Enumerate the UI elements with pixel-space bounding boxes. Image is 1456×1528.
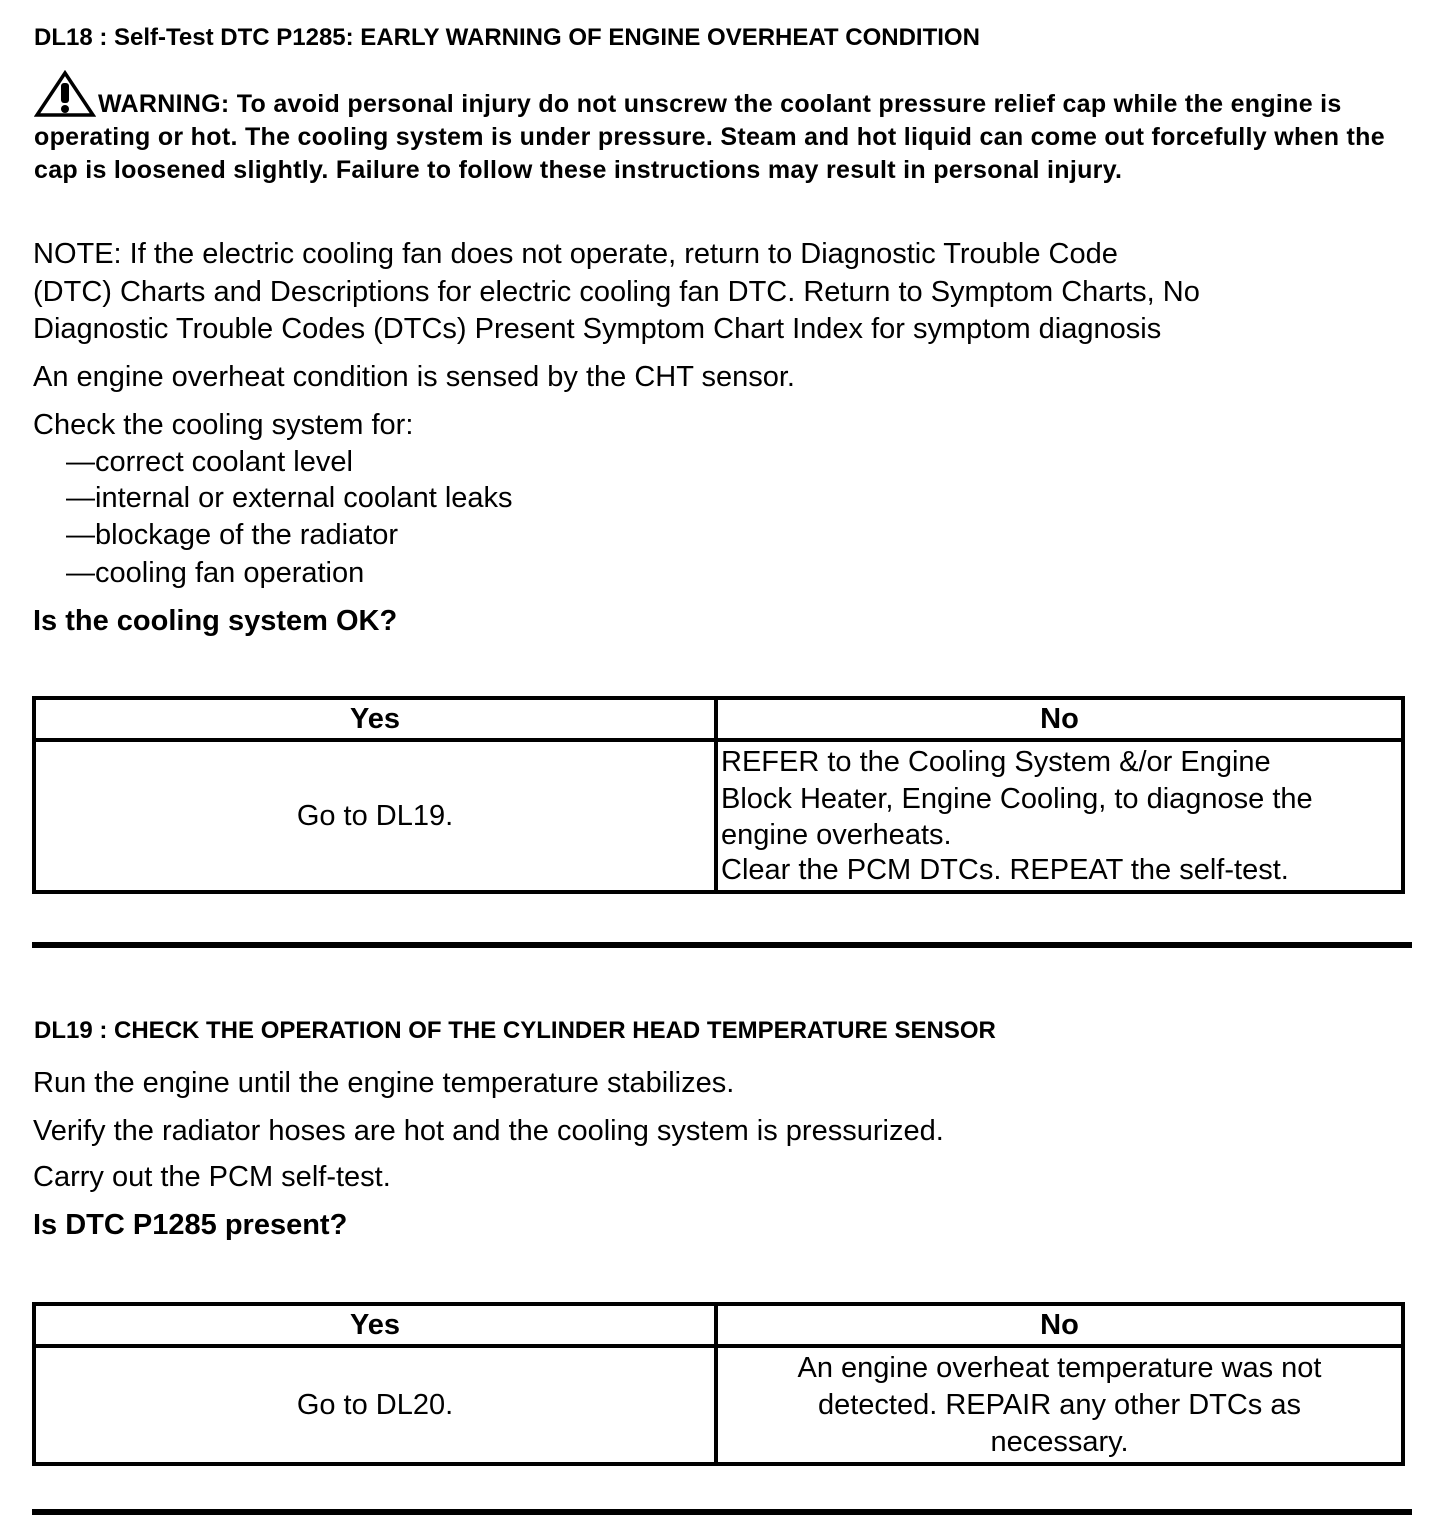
yes-action: Go to DL20.	[34, 1346, 716, 1464]
dl19-step-3: Carry out the PCM self-test.	[33, 1159, 391, 1196]
check-item: —cooling fan operation	[66, 555, 364, 592]
check-item: —blockage of the radiator	[66, 517, 398, 554]
check-intro: Check the cooling system for:	[33, 407, 413, 444]
check-item: —internal or external coolant leaks	[66, 480, 513, 517]
no-line: An engine overheat temperature was not	[718, 1350, 1401, 1387]
dl19-step-1: Run the engine until the engine temperat…	[33, 1065, 734, 1102]
no-line: Block Heater, Engine Cooling, to diagnos…	[721, 781, 1401, 818]
no-action: An engine overheat temperature was not d…	[716, 1346, 1403, 1464]
note-line-1: NOTE: If the electric cooling fan does n…	[33, 236, 1118, 273]
goto-dl20-link[interactable]: Go to DL20.	[297, 1389, 453, 1421]
dl18-decision-table: Yes No Go to DL19. REFER to the Cooling …	[32, 696, 1405, 894]
no-line: necessary.	[718, 1424, 1401, 1461]
dl19-question: Is DTC P1285 present?	[33, 1207, 347, 1244]
no-line: Clear the PCM DTCs. REPEAT the self-test…	[721, 852, 1401, 889]
header-yes: Yes	[34, 1304, 716, 1346]
no-line: engine overheats.	[721, 818, 1401, 852]
no-action: REFER to the Cooling System &/or Engine …	[716, 740, 1403, 892]
dl18-question: Is the cooling system OK?	[33, 603, 397, 640]
dl19-decision-table: Yes No Go to DL20. An engine overheat te…	[32, 1302, 1405, 1466]
header-no: No	[716, 698, 1403, 740]
warning-triangle-icon	[34, 70, 96, 118]
section-divider	[32, 1509, 1412, 1515]
sensed-text: An engine overheat condition is sensed b…	[33, 359, 795, 396]
yes-action: Go to DL19.	[34, 740, 716, 892]
warning-text: WARNING: To avoid personal injury do not…	[34, 90, 1385, 184]
header-yes: Yes	[34, 698, 716, 740]
no-line: detected. REPAIR any other DTCs as	[718, 1387, 1401, 1424]
check-item: —correct coolant level	[66, 444, 353, 481]
dl19-step-2: Verify the radiator hoses are hot and th…	[33, 1113, 944, 1150]
dl18-title: DL18 : Self-Test DTC P1285: EARLY WARNIN…	[34, 24, 980, 52]
goto-dl19-link[interactable]: Go to DL19.	[297, 800, 453, 832]
note-line-3: Diagnostic Trouble Codes (DTCs) Present …	[33, 311, 1161, 348]
warning-block: WARNING: To avoid personal injury do not…	[34, 70, 1424, 187]
section-divider	[32, 942, 1412, 948]
no-line: REFER to the Cooling System &/or Engine	[721, 744, 1401, 781]
header-no: No	[716, 1304, 1403, 1346]
dl19-title: DL19 : CHECK THE OPERATION OF THE CYLIND…	[34, 1017, 996, 1045]
note-line-2: (DTC) Charts and Descriptions for electr…	[33, 274, 1200, 311]
